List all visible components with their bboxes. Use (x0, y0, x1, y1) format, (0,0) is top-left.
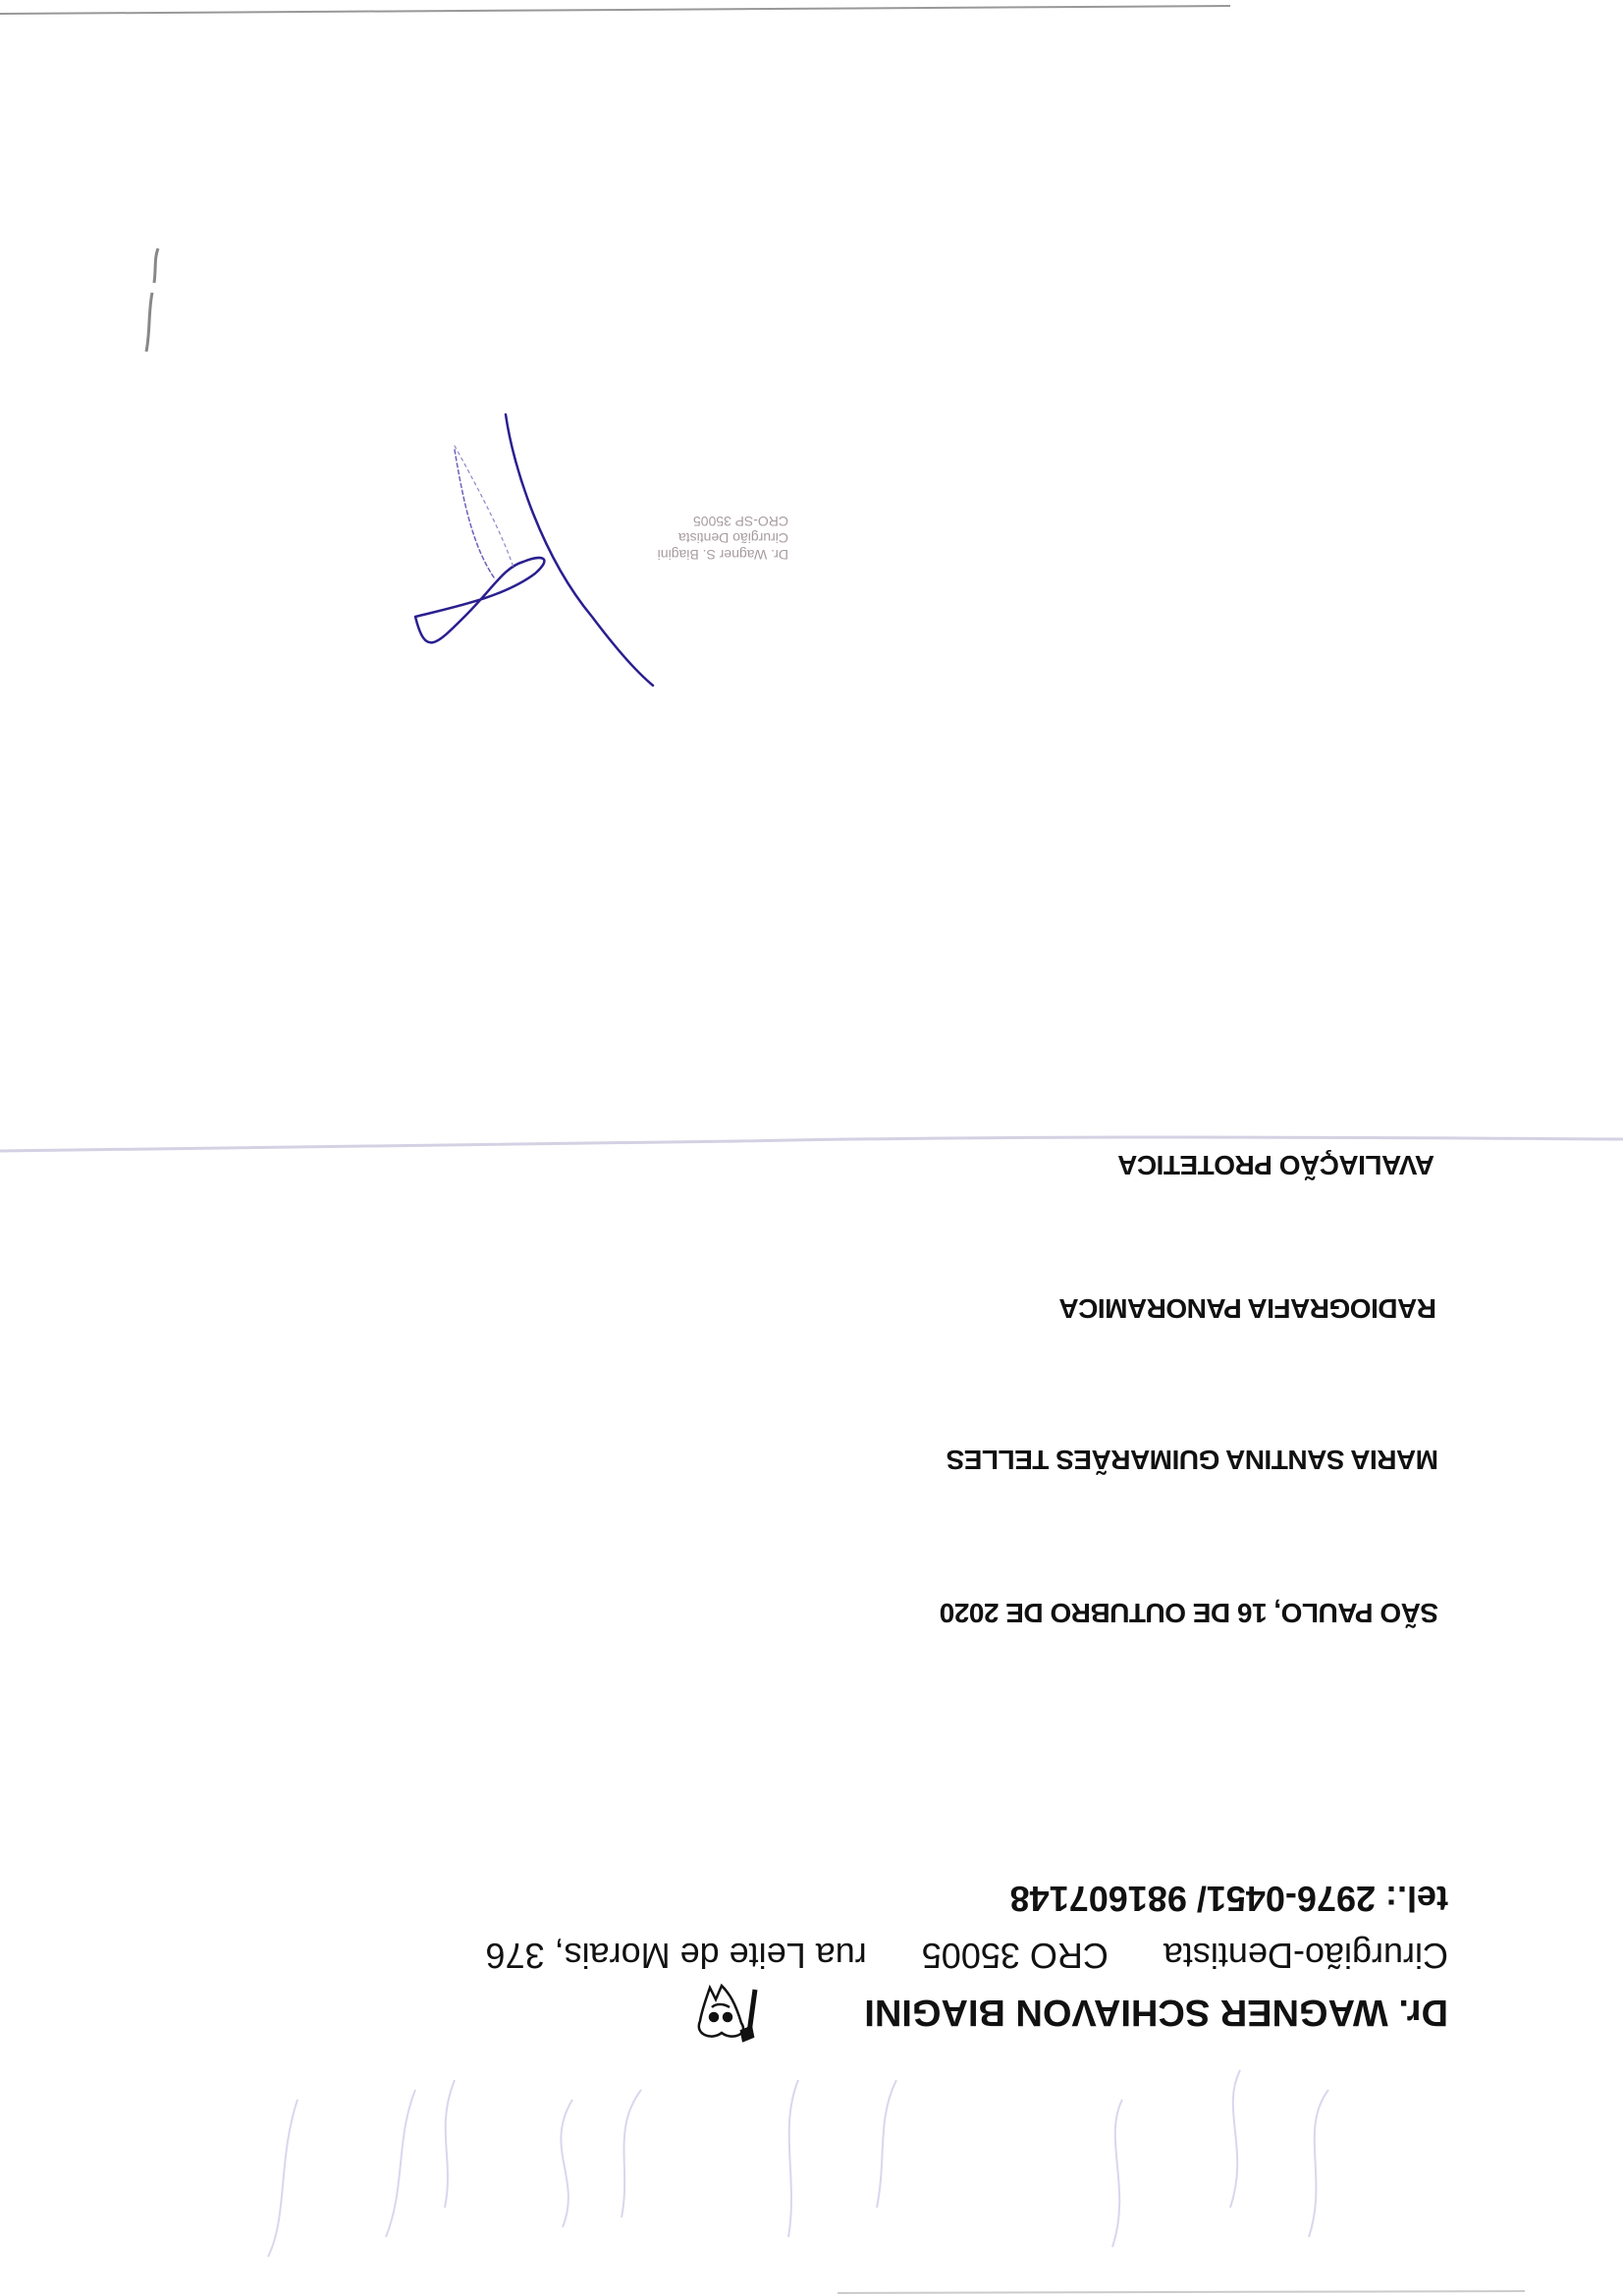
scan-mark (131, 244, 170, 361)
handwritten-signature-icon (396, 410, 671, 705)
city-date: SÃO PAULO, 16 DE OUTUBRO DE 2020 (940, 1597, 1438, 1628)
doctor-credentials-row: Cirurgião-Dentista CRO 35005 rua Leite d… (441, 1935, 1448, 1976)
requested-exam: RADIOGRAFIA PANORAMICA (1059, 1292, 1436, 1324)
phone-numbers: tel.: 2976-0451/ 981607148 (1010, 1878, 1448, 1919)
scanned-prescription-page: Dr. WAGNER SCHIAVON BIAGINI Cirurgião-De… (0, 0, 1623, 2296)
patient-name: MARIA SANTINA GUIMARÃES TELLES (947, 1444, 1438, 1475)
paper-edge-shadow (0, 0, 1230, 20)
paper-edge-shadow (838, 2286, 1525, 2296)
profession: Cirurgião-Dentista (1163, 1936, 1448, 1976)
tooth-with-toothbrush-icon (680, 1974, 759, 2043)
faint-handwriting-mark (199, 2060, 1427, 2296)
paper-fold-line (0, 1127, 1623, 1157)
cro-number: CRO 35005 (922, 1936, 1109, 1976)
clinic-address: rua Leite de Morais, 376 (486, 1936, 867, 1976)
doctor-name: Dr. WAGNER SCHIAVON BIAGINI (864, 1991, 1448, 2033)
